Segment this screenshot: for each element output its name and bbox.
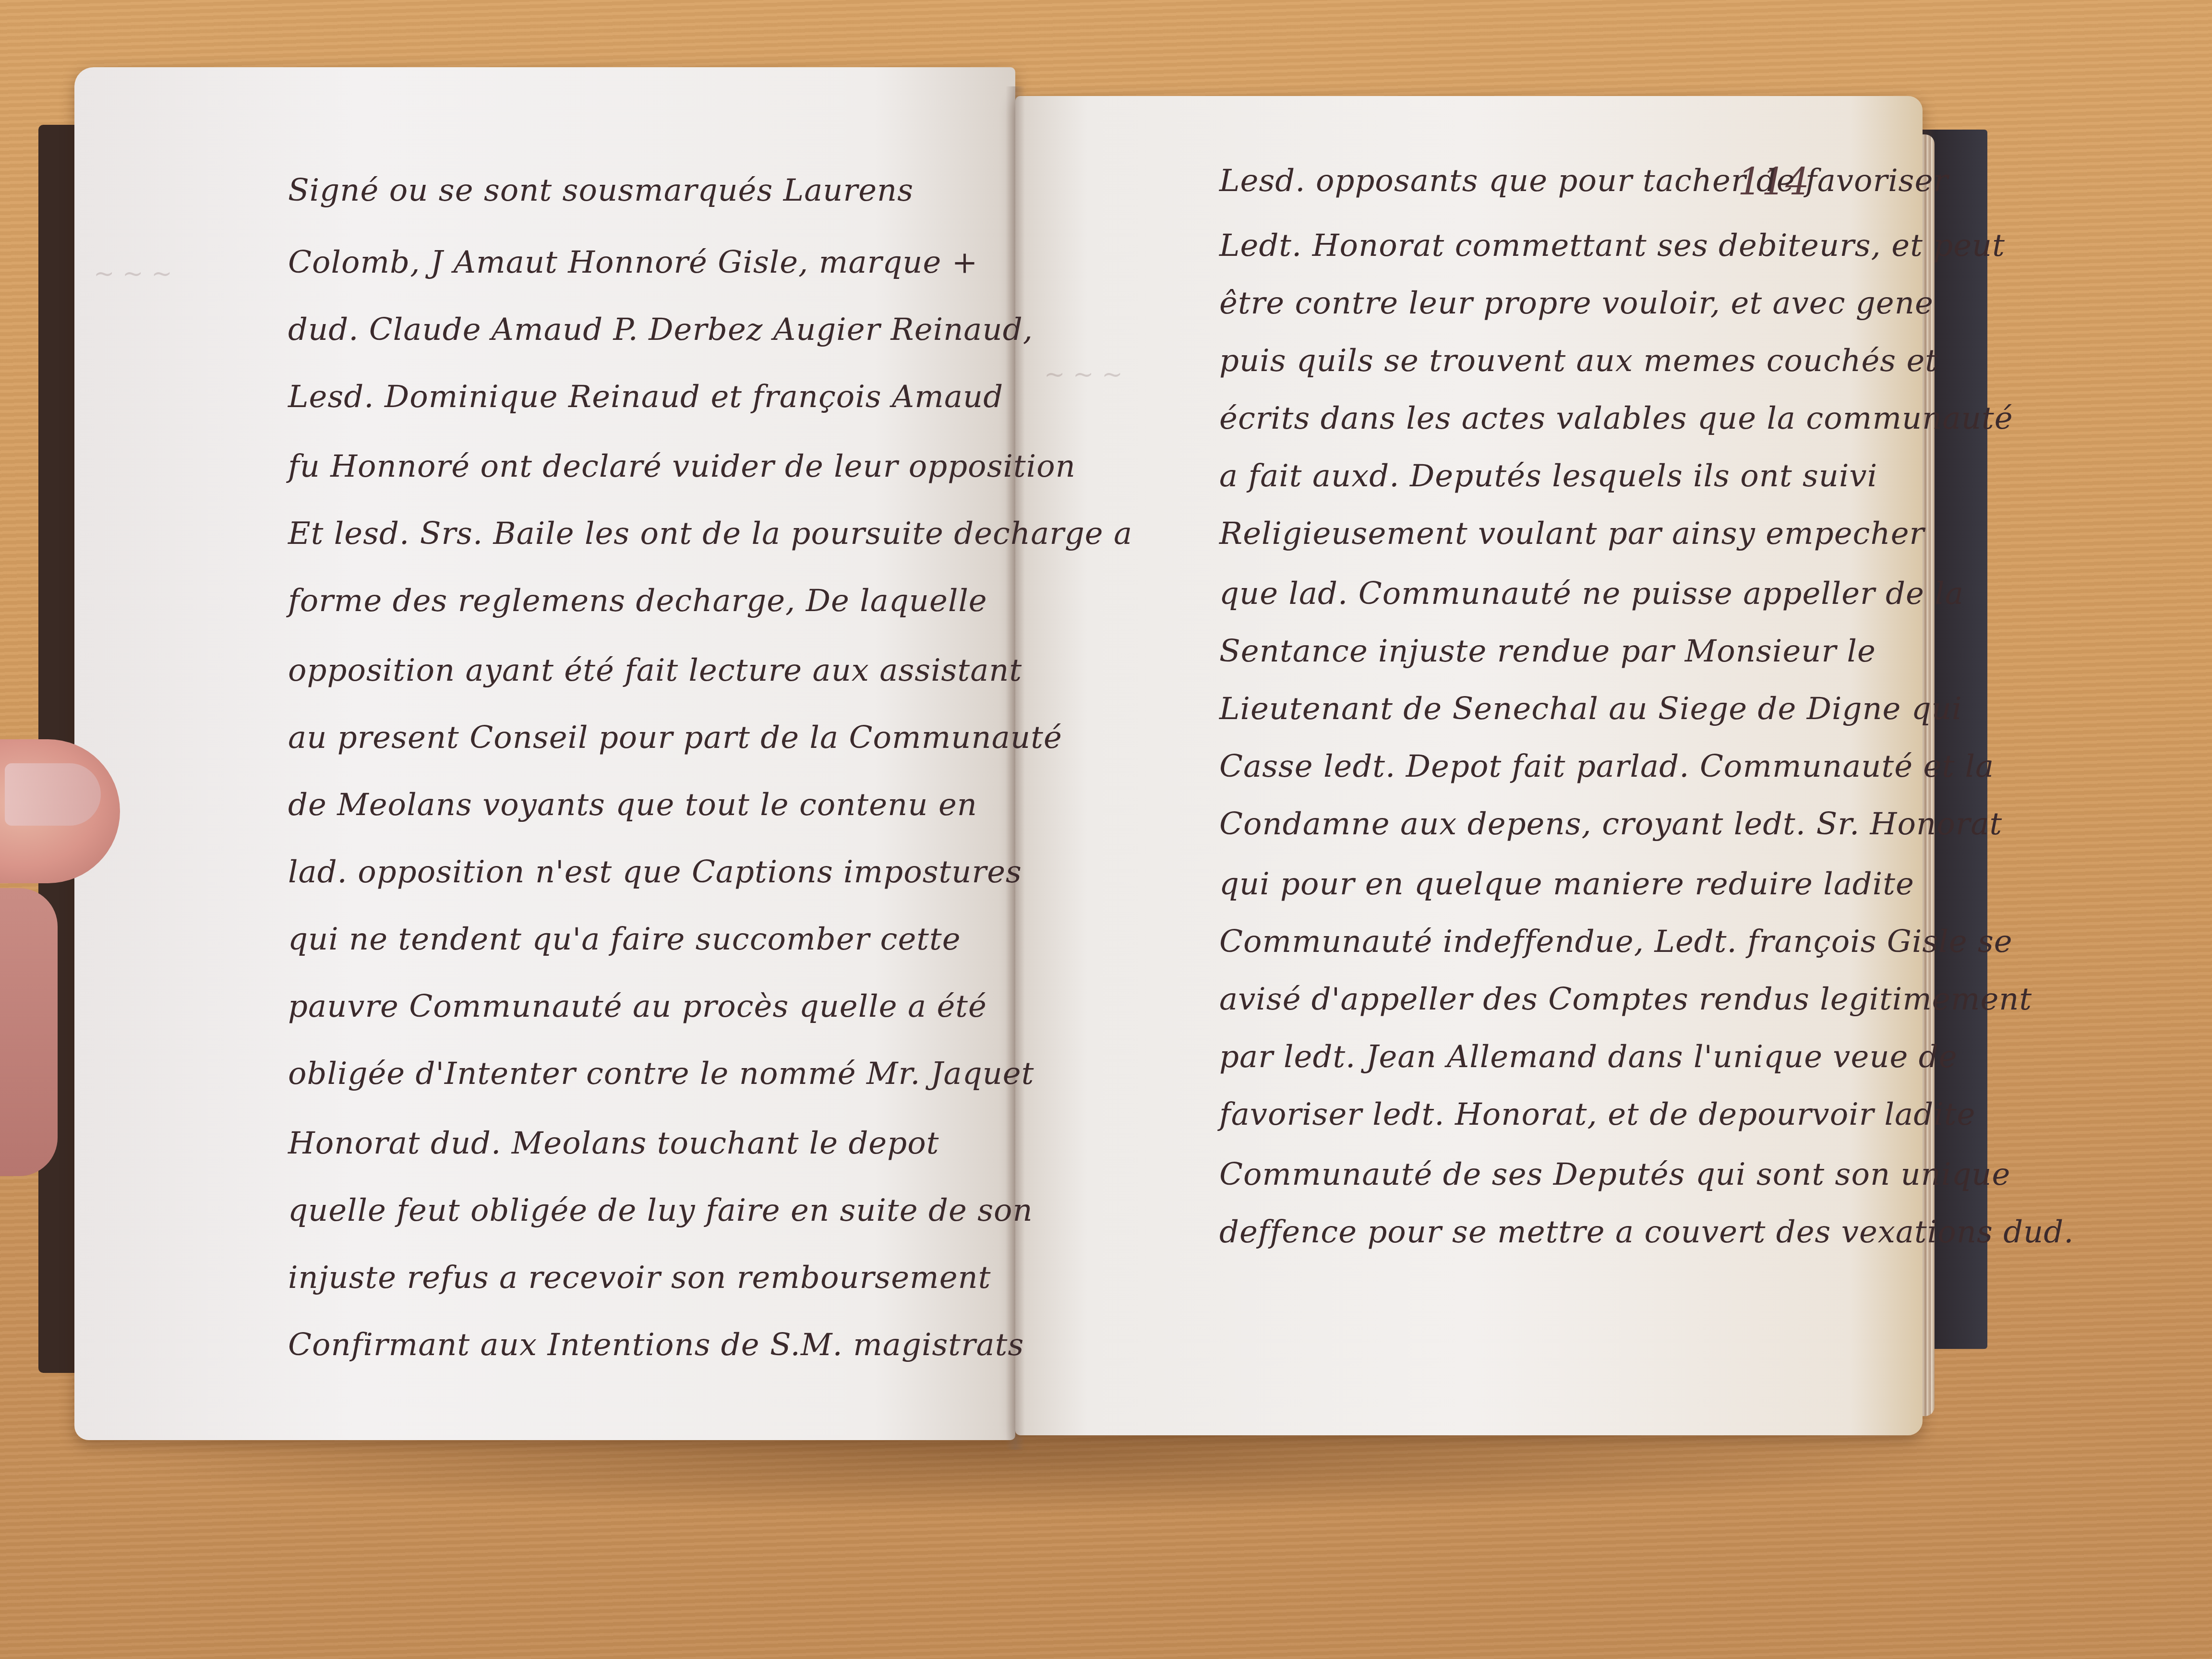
manuscript-line: qui pour en quelque maniere reduire ladi… bbox=[1219, 866, 1914, 902]
manuscript-line: au present Conseil pour part de la Commu… bbox=[288, 720, 1062, 756]
manuscript-line: opposition ayant été fait lecture aux as… bbox=[288, 653, 1022, 688]
manuscript-line: injuste refus a recevoir son rembourseme… bbox=[288, 1260, 991, 1296]
manuscript-line: écrits dans les actes valables que la co… bbox=[1219, 401, 2013, 436]
manuscript-line: dud. Claude Amaud P. Derbez Augier Reina… bbox=[288, 312, 1033, 348]
manuscript-line: avisé d'appeller des Comptes rendus legi… bbox=[1219, 982, 2032, 1017]
manuscript-line: qui ne tendent qu'a faire succomber cett… bbox=[288, 922, 961, 957]
manuscript-line: de Meolans voyants que tout le contenu e… bbox=[288, 787, 977, 823]
manuscript-line: Lesd. opposants que pour tacher de favor… bbox=[1219, 163, 1948, 199]
manuscript-line: Confirmant aux Intentions de S.M. magist… bbox=[288, 1327, 1024, 1363]
thumbnail bbox=[5, 763, 101, 826]
manuscript-line: Ledt. Honorat commettant ses debiteurs, … bbox=[1219, 228, 2005, 264]
manuscript-line: pauvre Communauté au procès quelle a été bbox=[288, 989, 987, 1024]
manuscript-line: favoriser ledt. Honorat, et de depourvoi… bbox=[1219, 1097, 1975, 1132]
manuscript-line: a fait auxd. Deputés lesquels ils ont su… bbox=[1219, 458, 1877, 494]
manuscript-line: Condamne aux depens, croyant ledt. Sr. H… bbox=[1219, 806, 2002, 842]
bleed-through-text: ~ ~ ~ bbox=[1044, 360, 1123, 389]
manuscript-line: Communauté indeffendue, Ledt. françois G… bbox=[1219, 924, 2013, 960]
manuscript-line: Religieusement voulant par ainsy empeche… bbox=[1219, 516, 1924, 552]
manuscript-line: Signé ou se sont sousmarqués Laurens bbox=[288, 173, 914, 208]
manuscript-line: que lad. Communauté ne puisse appeller d… bbox=[1219, 576, 1964, 612]
manuscript-line: quelle feut obligée de luy faire en suit… bbox=[288, 1193, 1033, 1228]
manuscript-line: Casse ledt. Depot fait parlad. Communaut… bbox=[1219, 749, 1994, 784]
bleed-through-text: ~ ~ ~ bbox=[94, 259, 172, 288]
manuscript-line: puis quils se trouvent aux memes couchés… bbox=[1219, 343, 1938, 379]
manuscript-line: par ledt. Jean Allemand dans l'unique ve… bbox=[1219, 1039, 1958, 1075]
book-gutter bbox=[1006, 86, 1025, 1450]
manuscript-line: Communauté de ses Deputés qui sont son u… bbox=[1219, 1157, 2010, 1192]
manuscript-line: Honorat dud. Meolans touchant le depot bbox=[288, 1126, 939, 1161]
hand-fingers bbox=[0, 888, 58, 1176]
manuscript-line: Et lesd. Srs. Baile les ont de la poursu… bbox=[288, 516, 1132, 552]
manuscript-line: fu Honnoré ont declaré vuider de leur op… bbox=[288, 449, 1076, 484]
manuscript-line: forme des reglemens decharge, De laquell… bbox=[288, 583, 987, 619]
manuscript-line: obligée d'Intenter contre le nommé Mr. J… bbox=[288, 1056, 1034, 1092]
manuscript-line: Lesd. Dominique Reinaud et françois Amau… bbox=[288, 379, 1003, 415]
manuscript-line: être contre leur propre vouloir, et avec… bbox=[1219, 286, 1934, 321]
manuscript-line: deffence pour se mettre a couvert des ve… bbox=[1219, 1214, 2074, 1250]
manuscript-line: Sentance injuste rendue par Monsieur le bbox=[1219, 634, 1876, 669]
manuscript-line: Colomb, J Amaut Honnoré Gisle, marque + bbox=[288, 245, 978, 280]
manuscript-line: lad. opposition n'est que Captions impos… bbox=[288, 854, 1022, 890]
manuscript-line: Lieutenant de Senechal au Siege de Digne… bbox=[1219, 691, 1962, 727]
